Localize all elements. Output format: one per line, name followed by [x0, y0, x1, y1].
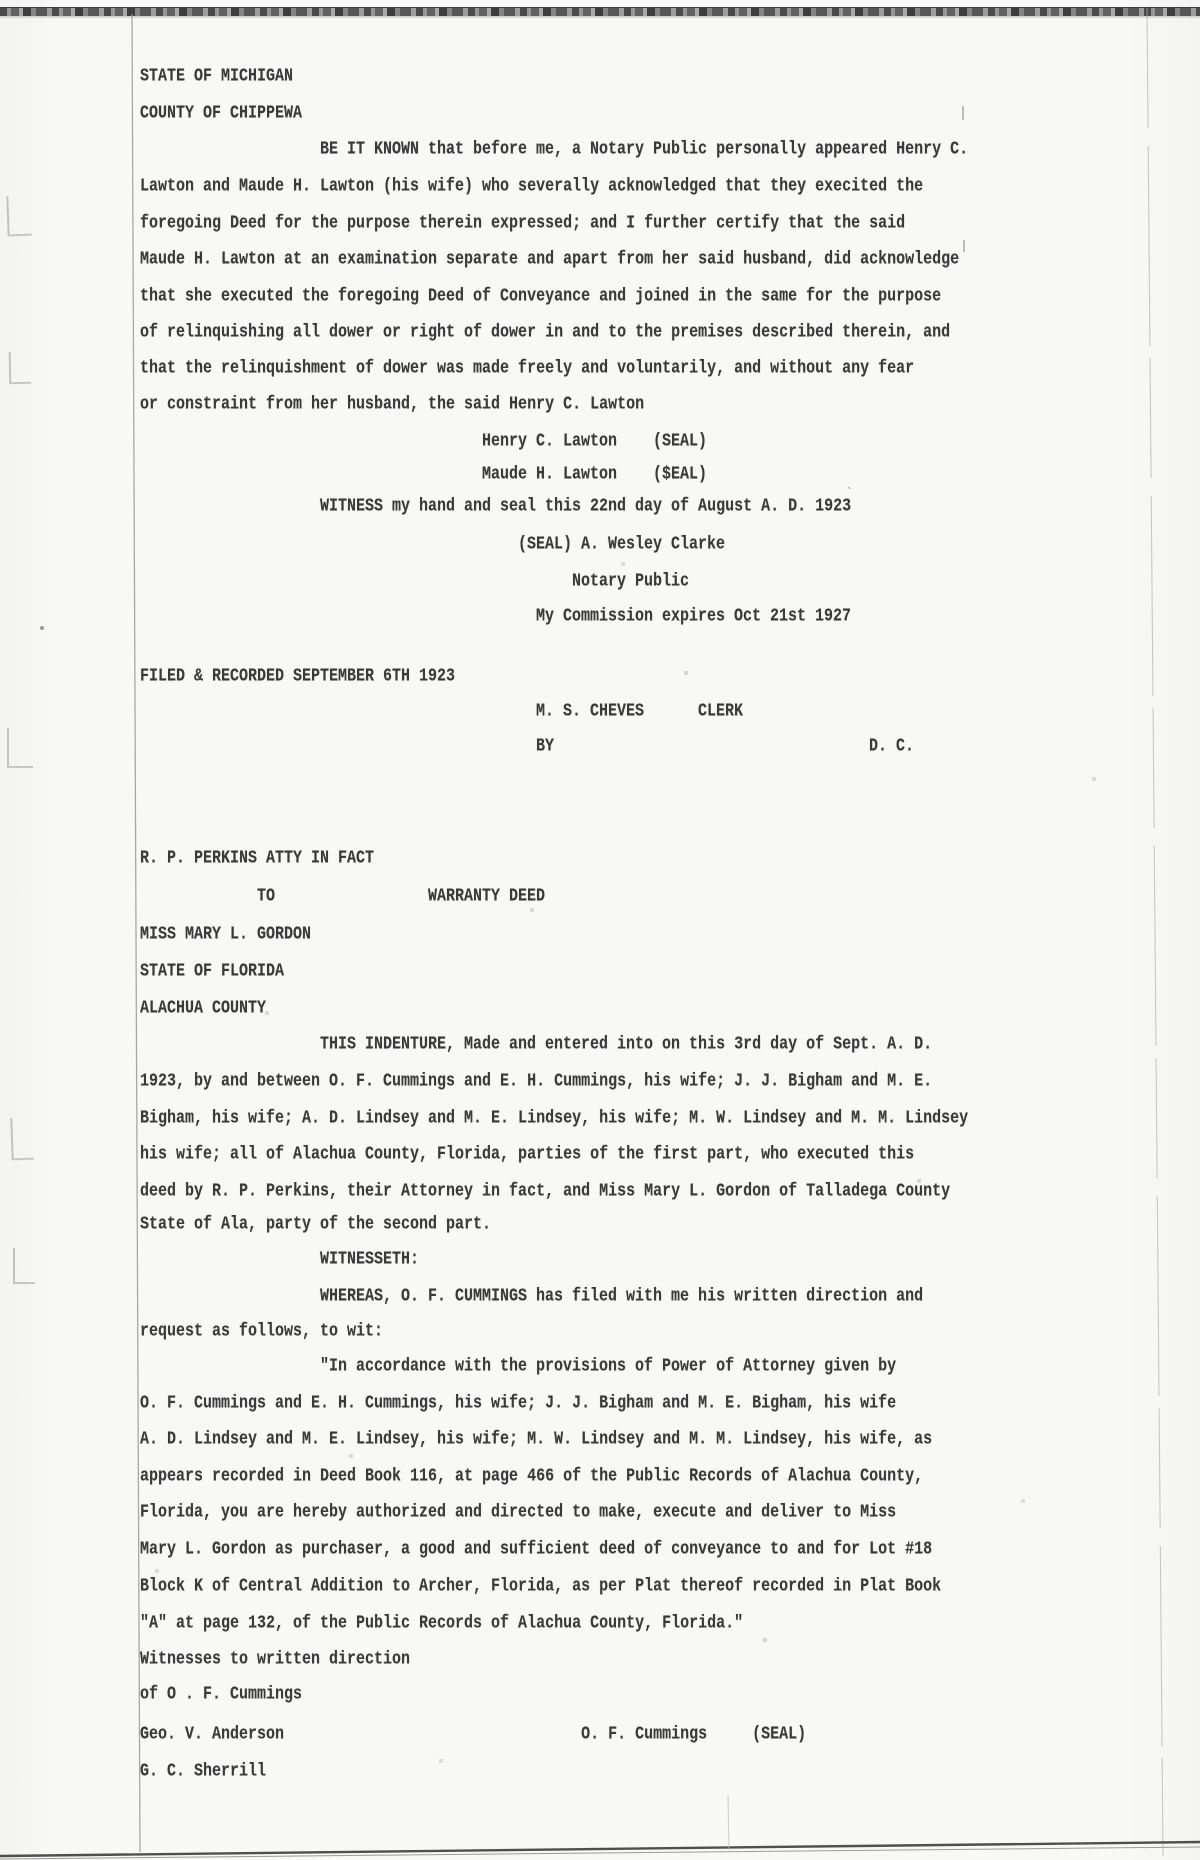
document-line: BE IT KNOWN that before me, a Notary Pub… [320, 140, 968, 158]
scanned-deed-record-page: { "colors":{ "paper":"#f8f8f5", "ink":"#… [0, 0, 1200, 1860]
document-line: Bigham, his wife; A. D. Lindsey and M. E… [140, 1109, 968, 1127]
document-line: WHEREAS, O. F. CUMMINGS has filed with m… [320, 1287, 923, 1305]
document-line: of O . F. Cummings [140, 1685, 302, 1703]
document-line: or constraint from her husband, the said… [140, 395, 644, 413]
document-line: FILED & RECORDED SEPTEMBER 6TH 1923 [140, 667, 455, 685]
document-line: that the relinquishment of dower was mad… [140, 359, 914, 377]
document-line: Block K of Central Addition to Archer, F… [140, 1577, 941, 1595]
document-line: Henry C. Lawton (SEAL) [482, 432, 707, 450]
document-line: THIS INDENTURE, Made and entered into on… [320, 1035, 932, 1053]
document-line: Maude H. Lawton ($EAL) [482, 465, 707, 483]
document-line: A. D. Lindsey and M. E. Lindsey, his wif… [140, 1430, 932, 1448]
document-line: Geo. V. Anderson O. F. Cummings (SEAL) [140, 1725, 806, 1743]
document-line: request as follows, to wit: [140, 1322, 383, 1340]
document-line: of relinquishing all dower or right of d… [140, 323, 950, 341]
document-line: Notary Public [572, 572, 689, 590]
scan-speckles [0, 0, 2, 2]
document-line: 1923, by and between O. F. Cummings and … [140, 1072, 932, 1090]
document-line: WITNESSETH: [320, 1250, 419, 1268]
document-line: MISS MARY L. GORDON [140, 925, 311, 943]
document-line: Mary L. Gordon as purchaser, a good and … [140, 1540, 932, 1558]
document-line: Lawton and Maude H. Lawton (his wife) wh… [140, 177, 923, 195]
document-line: STATE OF FLORIDA [140, 962, 284, 980]
document-line: that she executed the foregoing Deed of … [140, 287, 941, 305]
document-line: ALACHUA COUNTY [140, 999, 266, 1017]
document-line: his wife; all of Alachua County, Florida… [140, 1145, 914, 1163]
document-line: G. C. Sherrill [140, 1762, 266, 1780]
document-line: "A" at page 132, of the Public Records o… [140, 1614, 743, 1632]
document-line: BY D. C. [536, 737, 914, 755]
document-line: STATE OF MICHIGAN [140, 67, 293, 85]
document-line: Florida, you are hereby authorized and d… [140, 1503, 896, 1521]
document-line: My Commission expires Oct 21st 1927 [536, 607, 851, 625]
document-line: (SEAL) A. Wesley Clarke [518, 535, 725, 553]
document-line: WITNESS my hand and seal this 22nd day o… [320, 497, 851, 515]
document-line: COUNTY OF CHIPPEWA [140, 104, 302, 122]
document-line: Maude H. Lawton at an examination separa… [140, 250, 959, 268]
document-line: foregoing Deed for the purpose therein e… [140, 214, 905, 232]
document-line: Witnesses to written direction [140, 1650, 410, 1668]
document-line: State of Ala, party of the second part. [140, 1215, 491, 1233]
document-line: O. F. Cummings and E. H. Cummings, his w… [140, 1394, 896, 1412]
document-line: appears recorded in Deed Book 116, at pa… [140, 1467, 923, 1485]
document-line: R. P. PERKINS ATTY IN FACT [140, 849, 374, 867]
document-line: M. S. CHEVES CLERK [536, 702, 743, 720]
document-line: deed by R. P. Perkins, their Attorney in… [140, 1182, 950, 1200]
document-line: TO WARRANTY DEED [257, 887, 545, 905]
document-line: "In accordance with the provisions of Po… [320, 1357, 896, 1375]
